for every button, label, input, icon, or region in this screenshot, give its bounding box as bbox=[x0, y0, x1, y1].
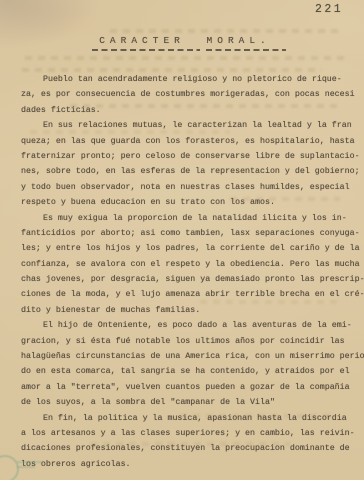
text-line: les; y entre los hijos y los padres, la … bbox=[21, 241, 357, 256]
text-line: halagüeñas circunstancias de una America… bbox=[21, 349, 357, 364]
text-line: respeto y buena educacion en su trato co… bbox=[21, 195, 357, 210]
text-line: y todo buen observador, nota en nuestras… bbox=[21, 180, 357, 195]
text-line: fanticidios por aborto; asi como tambien… bbox=[21, 226, 357, 241]
library-stamp-text bbox=[17, 461, 43, 463]
typewritten-text: Pueblo tan acendradamente religioso y no… bbox=[21, 72, 357, 472]
text-line: En sus relaciones mutuas, le caracteriza… bbox=[21, 118, 357, 133]
text-line: za, es por consecuencia de costumbres mo… bbox=[21, 87, 357, 102]
text-line: do en esta comarca, tal sangria se ha co… bbox=[21, 364, 357, 379]
text-line: dito y bienestar de muchas familias. bbox=[21, 303, 357, 318]
title-underline bbox=[92, 49, 200, 51]
text-line: gracion, y si ésta fué notable los ultim… bbox=[21, 334, 357, 349]
library-stamp-text bbox=[17, 466, 35, 468]
text-line: dicaciones profesionales, constituyen la… bbox=[21, 441, 357, 456]
page-number: 221 bbox=[315, 3, 343, 16]
page-title: CARACTER MORAL. bbox=[30, 35, 340, 46]
text-line: Es muy exigua la proporcion de la natali… bbox=[21, 211, 357, 226]
bleedthrough-line bbox=[110, 29, 340, 33]
text-line: fraternizar pronto; pero celoso de conse… bbox=[21, 149, 357, 164]
text-line: En fin, la politica y la musica, apasion… bbox=[21, 411, 357, 426]
text-line: amor a la "terreta", vuelven cuantos pue… bbox=[21, 380, 357, 395]
text-line: confianza, se avalora con el respeto y l… bbox=[21, 257, 357, 272]
text-line: ciones de la moda, y el lujo amenaza abr… bbox=[21, 287, 357, 302]
text-line: queza; en las que guarda con los foraste… bbox=[21, 134, 357, 149]
text-line: dades ficticias. bbox=[21, 103, 357, 118]
text-line: nes, sobre todo, en las esferas de la re… bbox=[21, 164, 357, 179]
title-underline bbox=[206, 49, 286, 51]
bleedthrough-line bbox=[25, 56, 345, 60]
text-line: los obreros agricolas. bbox=[21, 457, 357, 472]
text-line: Pueblo tan acendradamente religioso y no… bbox=[21, 72, 357, 87]
text-line: chas jovenes, por desgracia, siguen ya d… bbox=[21, 272, 357, 287]
text-line: a los artesanos y a las clases superiore… bbox=[21, 426, 357, 441]
text-line: de los suyos, a la sombra del "campanar … bbox=[21, 395, 357, 410]
text-line: El hijo de Onteniente, es poco dado a la… bbox=[21, 318, 357, 333]
